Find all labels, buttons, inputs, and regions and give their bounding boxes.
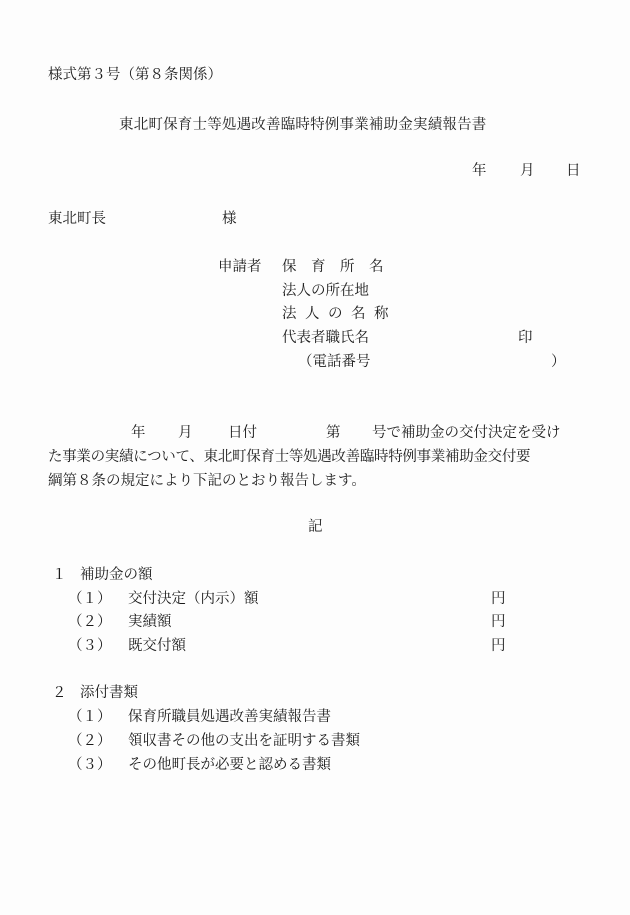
- body-dai: 第: [326, 426, 341, 441]
- ki-heading: 記: [308, 520, 323, 535]
- addressee-name: 東北町長: [48, 212, 106, 227]
- item-number: （１）: [68, 710, 112, 725]
- seal-mark: 印: [518, 331, 533, 346]
- section-number: １: [52, 568, 67, 583]
- section-title: 補助金の額: [80, 568, 153, 583]
- body-month: 月: [178, 426, 193, 441]
- phone-close-paren: ）: [551, 355, 566, 370]
- applicant-label: 申請者: [218, 260, 262, 275]
- corporation-address-label: 法人の所在地: [282, 284, 369, 299]
- item-label: その他町長が必要と認める書類: [128, 758, 331, 773]
- item-number: （２）: [68, 615, 112, 630]
- item-unit: 円: [491, 615, 506, 630]
- item-label: 実績額: [128, 615, 172, 630]
- representative-label: 代表者職氏名: [282, 331, 369, 346]
- item-label: 領収書その他の支出を証明する書類: [128, 734, 360, 749]
- item-label: 既交付額: [128, 639, 186, 654]
- item-unit: 円: [491, 592, 506, 607]
- date-month-label: 月: [520, 164, 535, 179]
- body-line2: た事業の実績について、東北町保育士等処遇改善臨時特例事業補助金交付要: [48, 450, 530, 465]
- document-title: 東北町保育士等処遇改善臨時特例事業補助金実績報告書: [119, 118, 487, 133]
- item-unit: 円: [491, 639, 506, 654]
- section-title: 添付書類: [80, 686, 138, 701]
- body-day-suffix: 日付: [228, 426, 257, 441]
- date-day-label: 日: [566, 164, 581, 179]
- section-number: ２: [52, 686, 67, 701]
- date-year-label: 年: [472, 164, 487, 179]
- item-label: 保育所職員処遇改善実績報告書: [128, 710, 331, 725]
- item-label: 交付決定（内示）額: [128, 592, 259, 607]
- form-number: 様式第３号（第８条関係）: [48, 68, 222, 83]
- item-number: （２）: [68, 734, 112, 749]
- item-number: （１）: [68, 592, 112, 607]
- corporation-name-label: 法 人 の 名 称: [282, 307, 386, 322]
- body-line3: 綱第８条の規定により下記のとおり報告します。: [48, 474, 366, 489]
- nursery-name-label: 保 育 所 名: [282, 260, 384, 275]
- body-year: 年: [131, 426, 146, 441]
- item-number: （３）: [68, 639, 112, 654]
- phone-label: （電話番号: [298, 355, 371, 370]
- addressee-honorific: 様: [222, 212, 237, 227]
- body-line1-rest: 号で補助金の交付決定を受け: [372, 426, 561, 441]
- item-number: （３）: [68, 758, 112, 773]
